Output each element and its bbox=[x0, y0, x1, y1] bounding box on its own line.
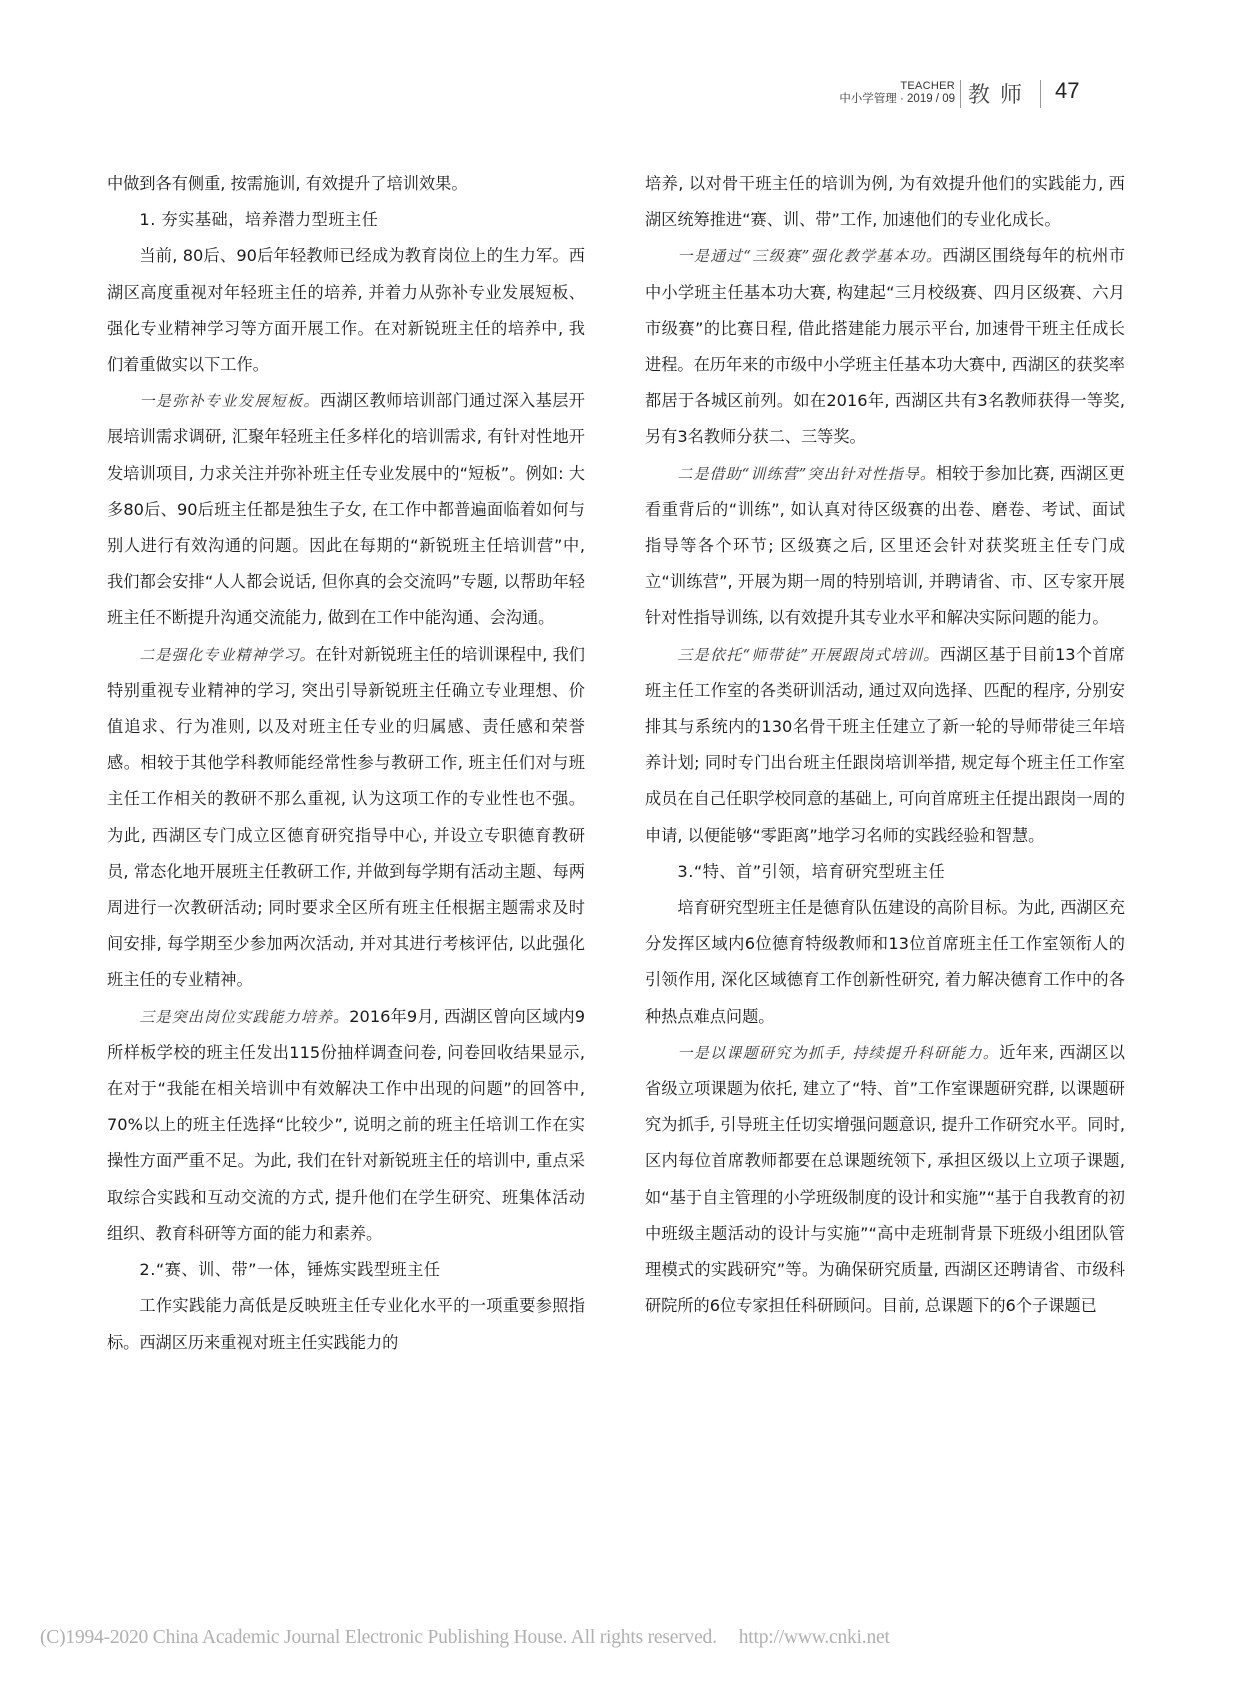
section-heading: 3.“特、首”引领，培育研究型班主任 bbox=[645, 854, 1125, 890]
paragraph-body: 西湖区基于目前13个首席班主任工作室的各类研训活动, 通过双向选择、匹配的程序,… bbox=[645, 645, 1125, 845]
paragraph-body: 近年来, 西湖区以省级立项课题为依托, 建立了“特、首”工作室课题研究群, 以课… bbox=[645, 1043, 1125, 1315]
header-divider bbox=[960, 80, 961, 108]
header-divider bbox=[1040, 80, 1041, 108]
paragraph: 三是依托“师带徒”开展跟岗式培训。西湖区基于目前13个首席班主任工作室的各类研训… bbox=[645, 637, 1125, 854]
paragraph: 当前, 80后、90后年轻教师已经成为教育岗位上的生力军。西湖区高度重视对年轻班… bbox=[107, 238, 585, 383]
section-heading: 2.“赛、训、带”一体，锤炼实践型班主任 bbox=[107, 1252, 585, 1288]
lead-phrase: 二是借助“训练营”突出针对性指导。 bbox=[677, 465, 936, 483]
paragraph: 一是通过“三级赛”强化教学基本功。西湖区围绕每年的杭州市中小学班主任基本功大赛,… bbox=[645, 238, 1125, 455]
paragraph-body: 2016年9月, 西湖区曾向区域内9所样板学校的班主任发出115份抽样调查问卷,… bbox=[107, 1007, 585, 1243]
journal-issue: 中小学管理 · 2019 / 09 bbox=[839, 93, 955, 106]
section-title: 教师 bbox=[968, 78, 1032, 109]
paragraph: 一是以课题研究为抓手, 持续提升科研能力。近年来, 西湖区以省级立项课题为依托,… bbox=[645, 1035, 1125, 1325]
left-column: 中做到各有侧重, 按需施训, 有效提升了培训效果。 1. 夯实基础，培养潜力型班… bbox=[107, 166, 585, 1361]
lead-phrase: 三是依托“师带徒”开展跟岗式培训。 bbox=[677, 646, 939, 664]
paragraph-body: 西湖区教师培训部门通过深入基层开展培训需求调研, 汇聚年轻班主任多样化的培训需求… bbox=[107, 391, 585, 627]
paragraph: 一是弥补专业发展短板。西湖区教师培训部门通过深入基层开展培训需求调研, 汇聚年轻… bbox=[107, 383, 585, 636]
paragraph: 二是强化专业精神学习。在针对新锐班主任的培训课程中, 我们特别重视专业精神的学习… bbox=[107, 637, 585, 999]
section-heading: 1. 夯实基础，培养潜力型班主任 bbox=[107, 202, 585, 238]
page-number: 47 bbox=[1055, 78, 1079, 104]
lead-phrase: 二是强化专业精神学习。 bbox=[139, 646, 315, 664]
paragraph: 三是突出岗位实践能力培养。2016年9月, 西湖区曾向区域内9所样板学校的班主任… bbox=[107, 999, 585, 1252]
paragraph: 工作实践能力高低是反映班主任专业化水平的一项重要参照指标。西湖区历来重视对班主任… bbox=[107, 1288, 585, 1360]
paragraph: 培育研究型班主任是德育队伍建设的高阶目标。为此, 西湖区充分发挥区域内6位德育特… bbox=[645, 890, 1125, 1035]
copyright-footer: (C)1994-2020 China Academic Journal Elec… bbox=[40, 1627, 890, 1649]
copyright-text: (C)1994-2020 China Academic Journal Elec… bbox=[40, 1627, 717, 1648]
paragraph: 培养, 以对骨干班主任的培训为例, 为有效提升他们的实践能力, 西湖区统筹推进“… bbox=[645, 166, 1125, 238]
right-column: 培养, 以对骨干班主任的培训为例, 为有效提升他们的实践能力, 西湖区统筹推进“… bbox=[645, 166, 1125, 1325]
lead-phrase: 一是弥补专业发展短板。 bbox=[139, 392, 319, 410]
paragraph-body: 相较于参加比赛, 西湖区更看重背后的“训练”, 如认真对待区级赛的出卷、磨卷、考… bbox=[645, 464, 1125, 628]
lead-phrase: 三是突出岗位实践能力培养。 bbox=[139, 1008, 349, 1026]
paragraph-body: 西湖区围绕每年的杭州市中小学班主任基本功大赛, 构建起“三月校级赛、四月区级赛、… bbox=[645, 246, 1125, 446]
journal-info: TEACHER 中小学管理 · 2019 / 09 bbox=[839, 80, 955, 106]
running-header: TEACHER 中小学管理 · 2019 / 09 教师 47 bbox=[0, 78, 1241, 118]
paragraph-body: 在针对新锐班主任的培训课程中, 我们特别重视专业精神的学习, 突出引导新锐班主任… bbox=[107, 645, 585, 990]
journal-name-en: TEACHER bbox=[839, 80, 955, 93]
paragraph: 中做到各有侧重, 按需施训, 有效提升了培训效果。 bbox=[107, 166, 585, 202]
lead-phrase: 一是通过“三级赛”强化教学基本功。 bbox=[677, 247, 942, 265]
paragraph: 二是借助“训练营”突出针对性指导。相较于参加比赛, 西湖区更看重背后的“训练”,… bbox=[645, 456, 1125, 637]
footer-url[interactable]: http://www.cnki.net bbox=[739, 1627, 890, 1648]
lead-phrase: 一是以课题研究为抓手, 持续提升科研能力。 bbox=[677, 1044, 999, 1062]
